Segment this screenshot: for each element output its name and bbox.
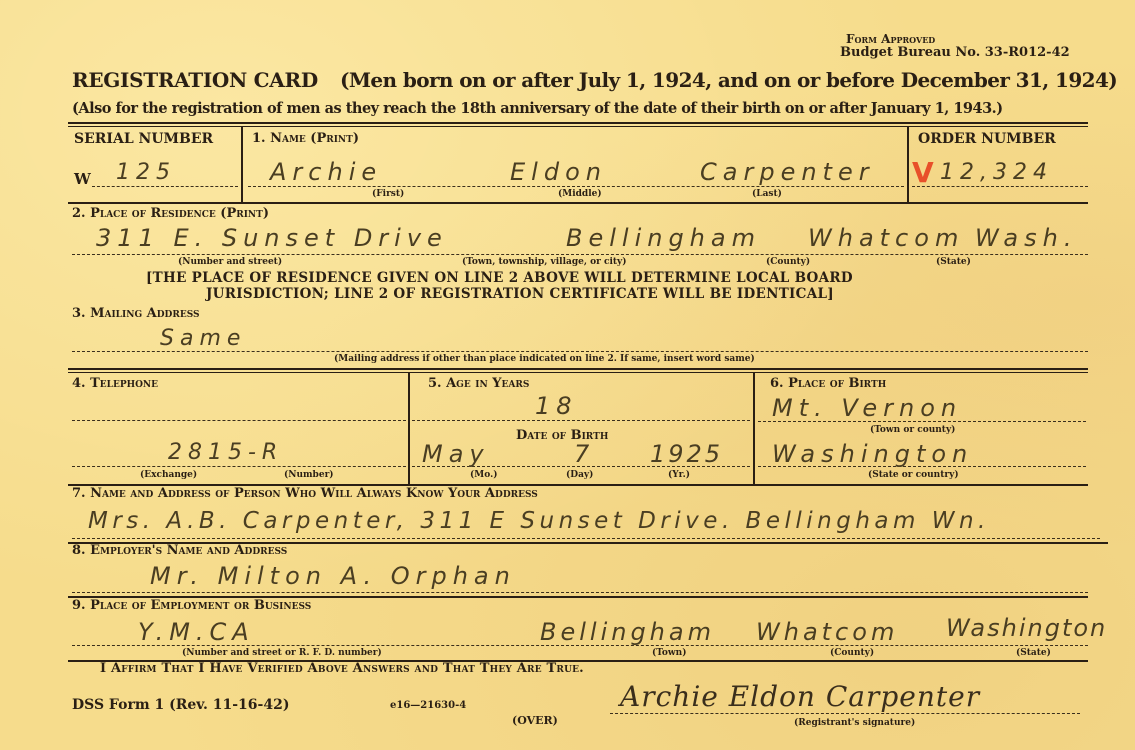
telephone-line-2 (72, 466, 406, 467)
contact-line (72, 538, 1100, 539)
mailing-address-label: 3. Mailing Address (72, 306, 200, 321)
residence-label: 2. Place of Residence (Print) (72, 206, 269, 221)
divider (907, 126, 909, 202)
last-name-value[interactable]: Carpenter (700, 158, 875, 186)
birth-month-value[interactable]: May (422, 440, 490, 468)
form-approved-label: Form Approved (846, 32, 935, 46)
age-label: 5. Age in Years (428, 376, 529, 391)
telephone-line-1 (72, 420, 406, 421)
residence-line (72, 254, 1088, 255)
jurisdiction-notice-line1: [THE PLACE OF RESIDENCE GIVEN ON LINE 2 … (146, 270, 853, 286)
order-line (912, 186, 1088, 187)
jurisdiction-notice-line2: JURISDICTION; LINE 2 OF REGISTRATION CER… (206, 286, 834, 302)
residence-county-value[interactable]: Whatcom (808, 224, 964, 252)
middle-name-value[interactable]: Eldon (510, 158, 607, 186)
affirmation-statement: I Affirm That I Have Verified Above Answ… (100, 661, 584, 676)
serial-line (92, 186, 238, 187)
divider (68, 368, 1088, 370)
registration-card: Form Approved Budget Bureau No. 33-R012-… (0, 0, 1135, 750)
employment-county-value[interactable]: Whatcom (756, 618, 898, 646)
first-caption: (First) (372, 189, 404, 199)
last-caption: (Last) (752, 189, 782, 199)
page-title: REGISTRATION CARD (72, 68, 318, 92)
form-id: DSS Form 1 (Rev. 11-16-42) (72, 697, 289, 713)
signature-caption: (Registrant's signature) (794, 718, 915, 728)
serial-number-value[interactable]: 125 (116, 160, 176, 185)
month-caption: (Mo.) (470, 470, 497, 480)
street-caption: (Number and street) (178, 257, 282, 267)
age-value[interactable]: 18 (535, 392, 578, 420)
birth-state-value[interactable]: Washington (772, 440, 973, 468)
eligibility-note: (Also for the registration of men as the… (72, 100, 1003, 117)
divider (68, 126, 1088, 127)
eligibility-subtitle: (Men born on or after July 1, 1924, and … (340, 68, 1117, 92)
birth-town-value[interactable]: Mt. Vernon (772, 394, 962, 422)
budget-bureau-number: Budget Bureau No. 33-R012-42 (840, 45, 1070, 60)
registrant-signature[interactable]: Archie Eldon Carpenter (620, 680, 980, 713)
employment-street-caption: (Number and street or R. F. D. number) (182, 648, 382, 658)
employer-line (72, 592, 1088, 593)
mailing-line (72, 351, 1088, 352)
signature-line (610, 713, 1080, 714)
employment-county-caption: (County) (830, 648, 874, 658)
divider (241, 126, 243, 202)
employment-street-value[interactable]: Y.M.CA (138, 618, 255, 646)
employment-town-caption: (Town) (652, 648, 686, 658)
place-of-employment-label: 9. Place of Employment or Business (72, 598, 311, 613)
number-caption: (Number) (284, 470, 334, 480)
divider (753, 372, 755, 484)
over-label: (OVER) (512, 714, 558, 727)
name-line (248, 186, 904, 187)
state-caption: (State) (936, 257, 971, 267)
order-number-value[interactable]: 12,324 (940, 160, 1053, 185)
day-caption: (Day) (566, 470, 593, 480)
divider (68, 372, 1088, 373)
telephone-label: 4. Telephone (72, 376, 158, 391)
contact-person-label: 7. Name and Address of Person Who Will A… (72, 486, 538, 501)
divider (68, 122, 1088, 124)
town-caption: (Town, township, village, or city) (462, 257, 627, 267)
serial-number-label: SERIAL NUMBER (74, 131, 213, 147)
year-caption: (Yr.) (668, 470, 690, 480)
mailing-caption: (Mailing address if other than place ind… (334, 354, 755, 364)
contact-person-value[interactable]: Mrs. A.B. Carpenter, 311 E Sunset Drive.… (88, 508, 990, 534)
exchange-caption: (Exchange) (140, 470, 197, 480)
print-code: e16—21630-4 (390, 700, 466, 711)
serial-prefix: W (74, 170, 91, 188)
employer-label: 8. Employer's Name and Address (72, 543, 287, 558)
order-number-label: ORDER NUMBER (918, 131, 1056, 147)
residence-state-value[interactable]: Wash. (975, 224, 1077, 252)
residence-town-value[interactable]: Bellingham (566, 224, 761, 252)
middle-caption: (Middle) (558, 189, 602, 199)
county-caption: (County) (766, 257, 810, 267)
birth-town-caption: (Town or county) (870, 425, 955, 435)
divider (68, 202, 1088, 204)
name-label: 1. Name (Print) (252, 131, 359, 146)
birth-day-value[interactable]: 7 (574, 440, 595, 468)
employment-state-caption: (State) (1016, 648, 1051, 658)
first-name-value[interactable]: Archie (270, 158, 382, 186)
age-line (412, 420, 750, 421)
employment-state-value[interactable]: Washington (946, 614, 1107, 642)
employer-value[interactable]: Mr. Milton A. Orphan (150, 562, 516, 590)
divider (408, 372, 410, 484)
birth-year-value[interactable]: 1925 (650, 440, 723, 468)
telephone-value[interactable]: 2815-R (168, 440, 283, 465)
residence-street-value[interactable]: 311 E. Sunset Drive (96, 224, 448, 252)
birth-state-caption: (State or country) (868, 470, 959, 480)
employment-town-value[interactable]: Bellingham (540, 618, 715, 646)
place-of-birth-label: 6. Place of Birth (770, 376, 886, 391)
red-check-mark-icon: V (912, 156, 934, 189)
mailing-address-value[interactable]: Same (160, 326, 246, 351)
